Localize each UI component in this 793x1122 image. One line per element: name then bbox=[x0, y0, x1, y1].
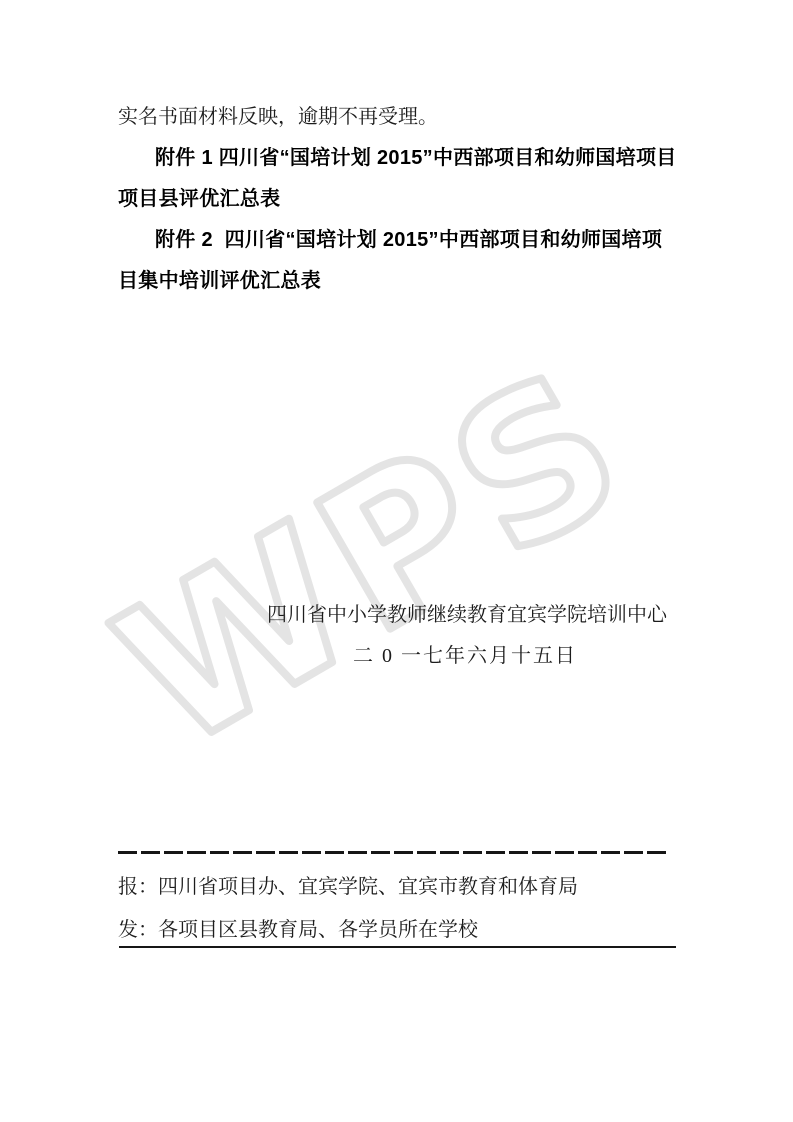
document-page: WPS 实名书面材料反映，逾期不再受理。 附件 1 四川省“国培计划 2015”… bbox=[0, 0, 793, 1122]
signature-date: 二 0 一七年六月十五日 bbox=[118, 636, 677, 677]
bottom-rule-line bbox=[119, 946, 676, 948]
signature-organization: 四川省中小学教师继续教育宜宾学院培训中心 bbox=[118, 595, 677, 636]
wps-watermark-text: WPS bbox=[84, 324, 664, 793]
attachment-2-paragraph: 附件 2 四川省“国培计划 2015”中西部项目和幼师国培项目集中培训评优汇总表 bbox=[118, 220, 677, 302]
footer-distribution-block: 报：四川省项目办、宜宾学院、宜宾市教育和体育局 发：各项目区县教育局、各学员所在… bbox=[118, 866, 677, 952]
dashed-separator-line bbox=[118, 851, 669, 854]
attachment-1-paragraph: 附件 1 四川省“国培计划 2015”中西部项目和幼师国培项目项目县评优汇总表 bbox=[118, 138, 677, 220]
signature-block: 四川省中小学教师继续教育宜宾学院培训中心 二 0 一七年六月十五日 bbox=[118, 595, 677, 677]
report-to-line: 报：四川省项目办、宜宾学院、宜宾市教育和体育局 bbox=[118, 866, 677, 909]
intro-paragraph: 实名书面材料反映，逾期不再受理。 bbox=[118, 97, 677, 138]
document-body: 实名书面材料反映，逾期不再受理。 附件 1 四川省“国培计划 2015”中西部项… bbox=[118, 97, 677, 302]
